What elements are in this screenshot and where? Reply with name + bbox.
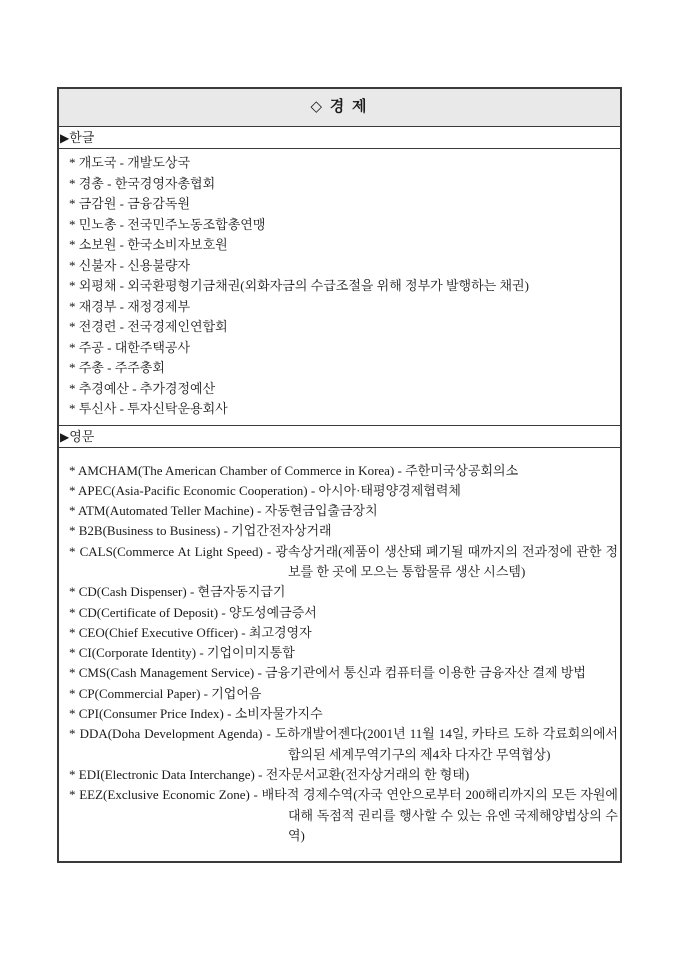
glossary-item: * 주총 - 주주총회 [59,358,618,379]
section-label-text: 한글 [69,130,94,145]
table-title: ◇ 경 제 [59,89,620,127]
section-header-hangul: ▶한글 [59,127,620,149]
glossary-item: * AMCHAM(The American Chamber of Commerc… [59,461,618,481]
glossary-item: * B2B(Business to Business) - 기업간전자상거래 [59,521,618,541]
glossary-item: * CP(Commercial Paper) - 기업어음 [59,684,618,704]
glossary-item: * APEC(Asia-Pacific Economic Cooperation… [59,481,618,501]
glossary-item: * EEZ(Exclusive Economic Zone) - 배타적 경제수… [59,785,618,846]
glossary-item: * CMS(Cash Management Service) - 금융기관에서 … [59,663,618,683]
glossary-item: * 외평채 - 외국환평형기금채권(외화자금의 수급조절을 위해 정부가 발행하… [59,276,618,297]
glossary-item: * EDI(Electronic Data Interchange) - 전자문… [59,765,618,785]
glossary-item: * CEO(Chief Executive Officer) - 최고경영자 [59,623,618,643]
section-body-hangul: * 개도국 - 개발도상국 * 경총 - 한국경영자총협회 * 금감원 - 금융… [59,149,620,426]
glossary-item: * DDA(Doha Development Agenda) - 도하개발어젠다… [59,724,618,765]
glossary-item: * 개도국 - 개발도상국 [59,153,618,174]
glossary-item: * 추경예산 - 추가경정예산 [59,379,618,400]
glossary-item: * 소보원 - 한국소비자보호원 [59,235,618,256]
glossary-item: * ATM(Automated Teller Machine) - 자동현금입출… [59,501,618,521]
glossary-table: ◇ 경 제 ▶한글 * 개도국 - 개발도상국 * 경총 - 한국경영자총협회 … [57,87,622,863]
section-body-english: * AMCHAM(The American Chamber of Commerc… [59,448,620,862]
triangle-bullet-icon: ▶ [60,430,69,444]
glossary-item: * CD(Certificate of Deposit) - 양도성예금증서 [59,603,618,623]
glossary-item: * CALS(Commerce At Light Speed) - 광속상거래(… [59,542,618,583]
glossary-item: * 금감원 - 금융감독원 [59,194,618,215]
glossary-item: * CI(Corporate Identity) - 기업이미지통합 [59,643,618,663]
glossary-item: * 경총 - 한국경영자총협회 [59,174,618,195]
glossary-item: * 신불자 - 신용불량자 [59,256,618,277]
glossary-item: * CPI(Consumer Price Index) - 소비자물가지수 [59,704,618,724]
glossary-item: * 재경부 - 재정경제부 [59,297,618,318]
section-header-english: ▶영문 [59,426,620,448]
glossary-item: * CD(Cash Dispenser) - 현금자동지급기 [59,582,618,602]
glossary-item: * 민노총 - 전국민주노동조합총연맹 [59,215,618,236]
glossary-item: * 전경련 - 전국경제인연합회 [59,317,618,338]
glossary-item: * 투신사 - 투자신탁운용회사 [59,399,618,420]
triangle-bullet-icon: ▶ [60,131,69,145]
section-label-text: 영문 [69,429,94,444]
glossary-item: * 주공 - 대한주택공사 [59,338,618,359]
